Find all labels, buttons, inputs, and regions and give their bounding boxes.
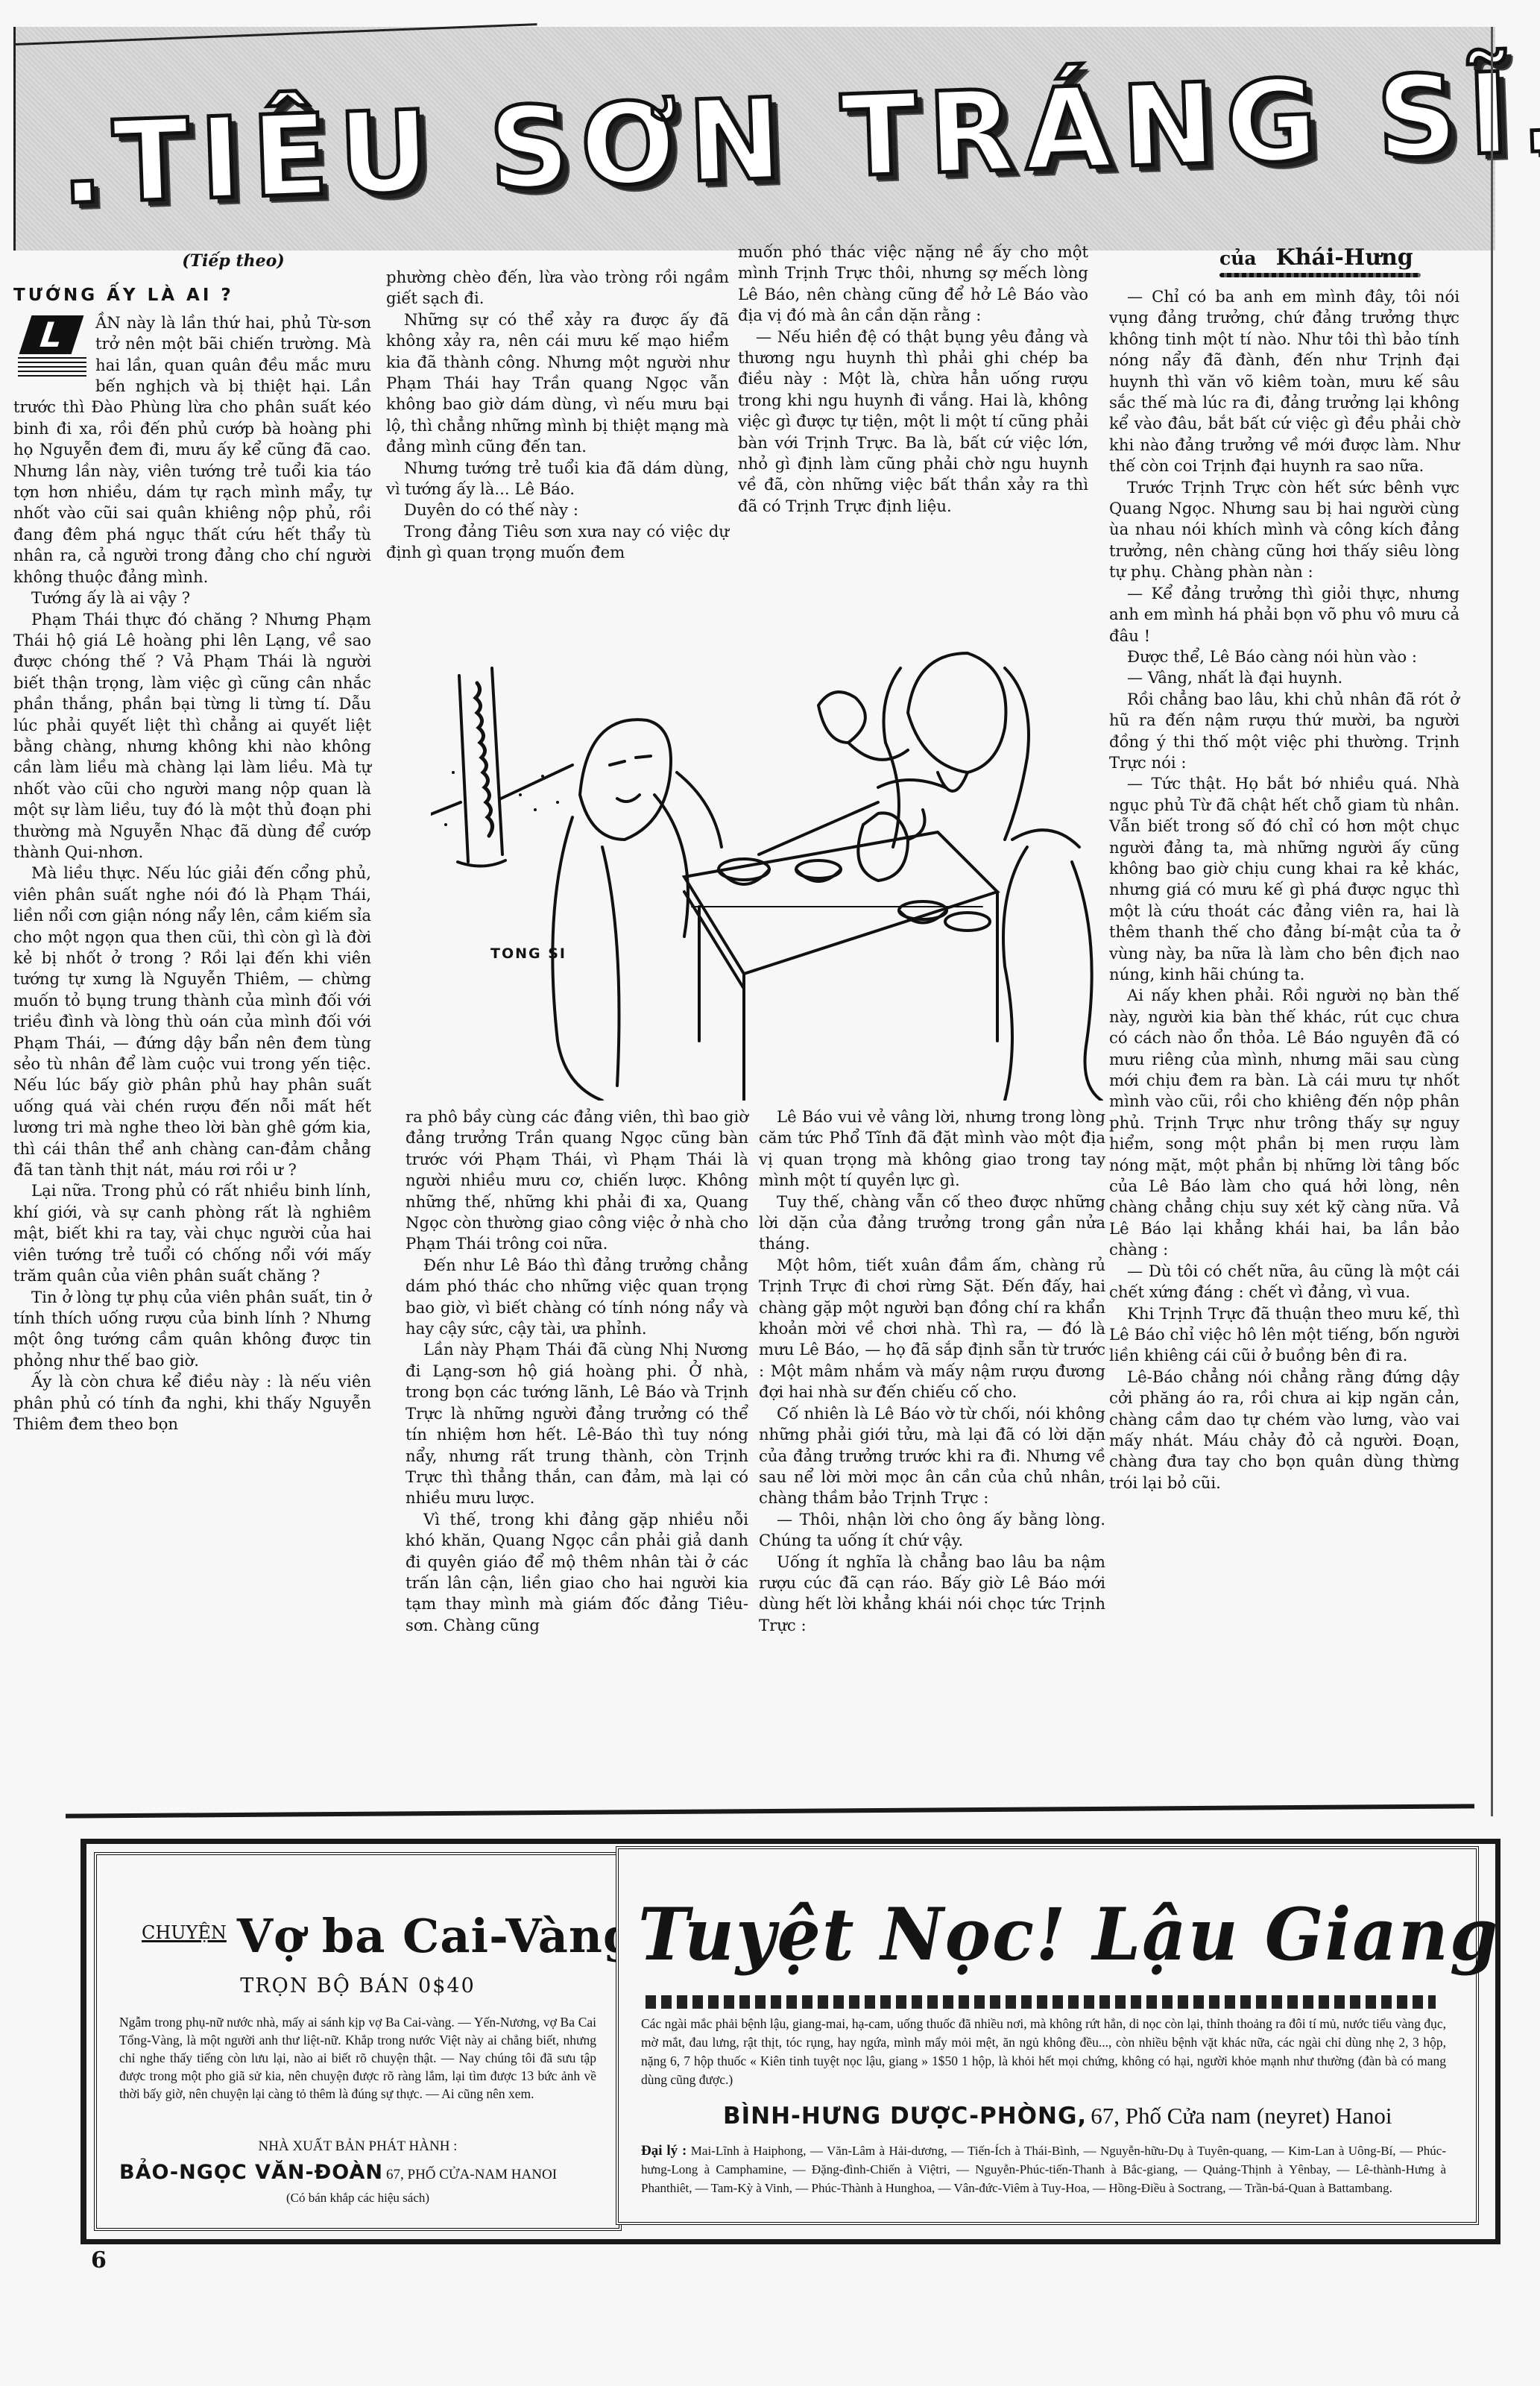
ad-publisher-label: NHÀ XUẤT BẢN PHÁT HÀNH :: [97, 2138, 619, 2155]
ad-availability-note: (Có bán khắp các hiệu sách): [97, 2191, 619, 2206]
paragraph: Ai nấy khen phải. Rồi người nọ bàn thế n…: [1109, 985, 1459, 1260]
article-column-2-bottom: ra phô bầy cùng các đảng viên, thì bao g…: [405, 1107, 748, 1636]
drop-cap-letter: L: [19, 315, 84, 354]
ad-publisher-address: 67, PHỐ CỬA-NAM HANOI: [386, 2167, 557, 2182]
ad-book-heading: CHUYỆNVợ ba Cai-Vàng: [142, 1909, 636, 1963]
paragraph: Những sự có thể xảy ra được ấy đã không …: [386, 309, 729, 458]
ad-agents-text: Mai-Lĩnh à Haiphong, — Văn-Lâm à Hải-dươ…: [641, 2144, 1446, 2195]
paragraph: Phạm Thái thực đó chăng ? Nhưng Phạm Thá…: [13, 609, 371, 863]
ad-pharmacy-name: BÌNH-HƯNG DƯỢC-PHÒNG,: [723, 2103, 1087, 2130]
paragraph: Khi Trịnh Trực đã thuận theo mưu kế, thì…: [1109, 1303, 1459, 1367]
paragraph: Mà liều thực. Nếu lúc giải đến cổng phủ,…: [13, 863, 371, 1180]
article-column-4: — Chỉ có ba anh em mình đây, tôi nói vụn…: [1109, 286, 1459, 1493]
paragraph: — Vâng, nhất là đại huynh.: [1109, 667, 1459, 688]
ad-book-prefix: CHUYỆN: [142, 1922, 227, 1943]
paragraph: Nhưng tướng trẻ tuổi kia đã dám dùng, vì…: [386, 458, 729, 500]
masthead-rule: [16, 23, 537, 45]
pharmacy-advertisement: Tuyệt Nọc! Lậu Giang Các ngài mắc phải b…: [616, 1846, 1479, 2225]
paragraph: — Nếu hiền đệ có thật bụng yêu đảng và t…: [738, 327, 1088, 517]
paragraph: phường chèo đến, lừa vào tròng rồi ngầm …: [386, 267, 729, 309]
paragraph: Uống ít nghĩa là chẳng bao lâu ba nậm rư…: [759, 1552, 1105, 1637]
drop-cap-speed-lines: [18, 357, 86, 378]
paragraph: Tuy thế, chàng vẫn cố theo được những lờ…: [759, 1192, 1105, 1255]
section-heading: TƯỚNG ẤY LÀ AI ?: [13, 285, 371, 306]
ad-ornamental-border: [646, 1995, 1436, 2009]
byline-prefix: của: [1219, 248, 1257, 269]
paragraph: — Kể đảng trưởng thì giỏi thực, nhưng an…: [1109, 583, 1459, 646]
paragraph: Cố nhiên là Lê Báo vờ từ chối, nói không…: [759, 1403, 1105, 1509]
ad-publisher: BẢO-NGỌC VĂN-ĐOÀN67, PHỐ CỬA-NAM HANOI: [119, 2161, 557, 2184]
article-column-1: (Tiếp theo) TƯỚNG ẤY LÀ AI ? L ẦN này là…: [13, 251, 371, 1435]
paragraph: — Tức thật. Họ bắt bớ nhiều quá. Nhà ngụ…: [1109, 773, 1459, 985]
paragraph: Trong đảng Tiêu sơn xưa nay có việc dự đ…: [386, 521, 729, 564]
drinking-scene-drawing: [431, 623, 1117, 1101]
ad-publisher-name: BẢO-NGỌC VĂN-ĐOÀN: [119, 2161, 383, 2184]
paragraph: Trước Trịnh Trực còn hết sức bênh vực Qu…: [1109, 477, 1459, 583]
ad-agents-list: Đại lý : Mai-Lĩnh à Haiphong, — Văn-Lâm …: [641, 2141, 1446, 2197]
masthead-banner: .TIÊU SƠN TRÁNG SĨ.: [13, 27, 1495, 251]
illustrator-signature: TONG SI: [490, 945, 567, 962]
paragraph: Lại nữa. Trong phủ có rất nhiều binh lín…: [13, 1180, 371, 1286]
paragraph: Rồi chẳng bao lâu, khi chủ nhân đã rót ở…: [1109, 689, 1459, 774]
ad-pharmacy-headline: Tuyệt Nọc! Lậu Giang: [638, 1892, 1499, 1977]
byline-ornament: [1219, 273, 1421, 277]
paragraph: muốn phó thác việc nặng nề ấy cho một mì…: [738, 242, 1088, 327]
illustration: [431, 623, 1117, 1101]
paragraph: Lần này Phạm Thái đã cùng Nhị Nương đi L…: [405, 1339, 748, 1508]
ad-pharmacy-description: Các ngài mắc phải bệnh lậu, giang-mai, h…: [641, 2015, 1446, 2089]
author-name: Khái-Hưng: [1276, 245, 1413, 271]
paragraph: Một hôm, tiết xuân đầm ấm, chàng rủ Trịn…: [759, 1255, 1105, 1403]
byline: củaKhái-Hưng: [1219, 245, 1413, 271]
paragraph: ra phô bầy cùng các đảng viên, thì bao g…: [405, 1107, 748, 1255]
continued-label: (Tiếp theo): [13, 251, 371, 271]
paragraph: Tin ở lòng tự phụ của viên phân suất, ti…: [13, 1287, 371, 1372]
article-column-3-top: muốn phó thác việc nặng nề ấy cho một mì…: [738, 242, 1088, 517]
paragraph: Vì thế, trong khi đảng gặp nhiều nỗi khó…: [405, 1509, 748, 1636]
story-title: .TIÊU SƠN TRÁNG SĨ.: [58, 56, 1540, 221]
paragraph: Lê-Báo chẳng nói chẳng rằng đứng dậy cởi…: [1109, 1367, 1459, 1493]
ad-book-title: Vợ ba Cai-Vàng: [237, 1909, 636, 1963]
ad-agents-label: Đại lý :: [641, 2143, 687, 2159]
page-edge-rule: [1491, 27, 1493, 1816]
paragraph: Tướng ấy là ai vậy ?: [13, 588, 371, 608]
article-column-2-top: phường chèo đến, lừa vào tròng rồi ngầm …: [386, 267, 729, 564]
page-number: 6: [91, 2247, 107, 2273]
newspaper-page: .TIÊU SƠN TRÁNG SĨ. củaKhái-Hưng (Tiếp t…: [13, 27, 1497, 2353]
ad-pharmacy-address: 67, Phố Cửa nam (neyret) Hanoi: [1091, 2103, 1392, 2129]
ad-pharmacy-shop: BÌNH-HƯNG DƯỢC-PHÒNG, 67, Phố Cửa nam (n…: [723, 2103, 1392, 2130]
book-advertisement: CHUYỆNVợ ba Cai-Vàng TRỌN BỘ BÁN 0$40 Ng…: [94, 1852, 622, 2231]
paragraph: Ấy là còn chưa kể điều này : là nếu viên…: [13, 1371, 371, 1435]
drop-cap-ornament: L: [18, 315, 86, 378]
paragraph: Lê Báo vui vẻ vâng lời, nhưng trong lòng…: [759, 1107, 1105, 1192]
paragraph: — Dù tôi có chết nữa, âu cũng là một cái…: [1109, 1261, 1459, 1303]
paragraph: Được thể, Lê Báo càng nói hùn vào :: [1109, 646, 1459, 667]
ad-book-description: Ngẫm trong phụ-nữ nước nhà, mấy ai sánh …: [119, 2013, 596, 2103]
section-divider: [66, 1804, 1474, 1818]
paragraph: Duyên do có thế này :: [386, 500, 729, 520]
ad-book-price: TRỌN BỘ BÁN 0$40: [97, 1974, 619, 1998]
paragraph: Đến như Lê Báo thì đảng trưởng chẳng dám…: [405, 1255, 748, 1340]
paragraph: — Thôi, nhận lời cho ông ấy bằng lòng. C…: [759, 1509, 1105, 1552]
paragraph: — Chỉ có ba anh em mình đây, tôi nói vụn…: [1109, 286, 1459, 477]
article-column-3-bottom: Lê Báo vui vẻ vâng lời, nhưng trong lòng…: [759, 1107, 1105, 1636]
